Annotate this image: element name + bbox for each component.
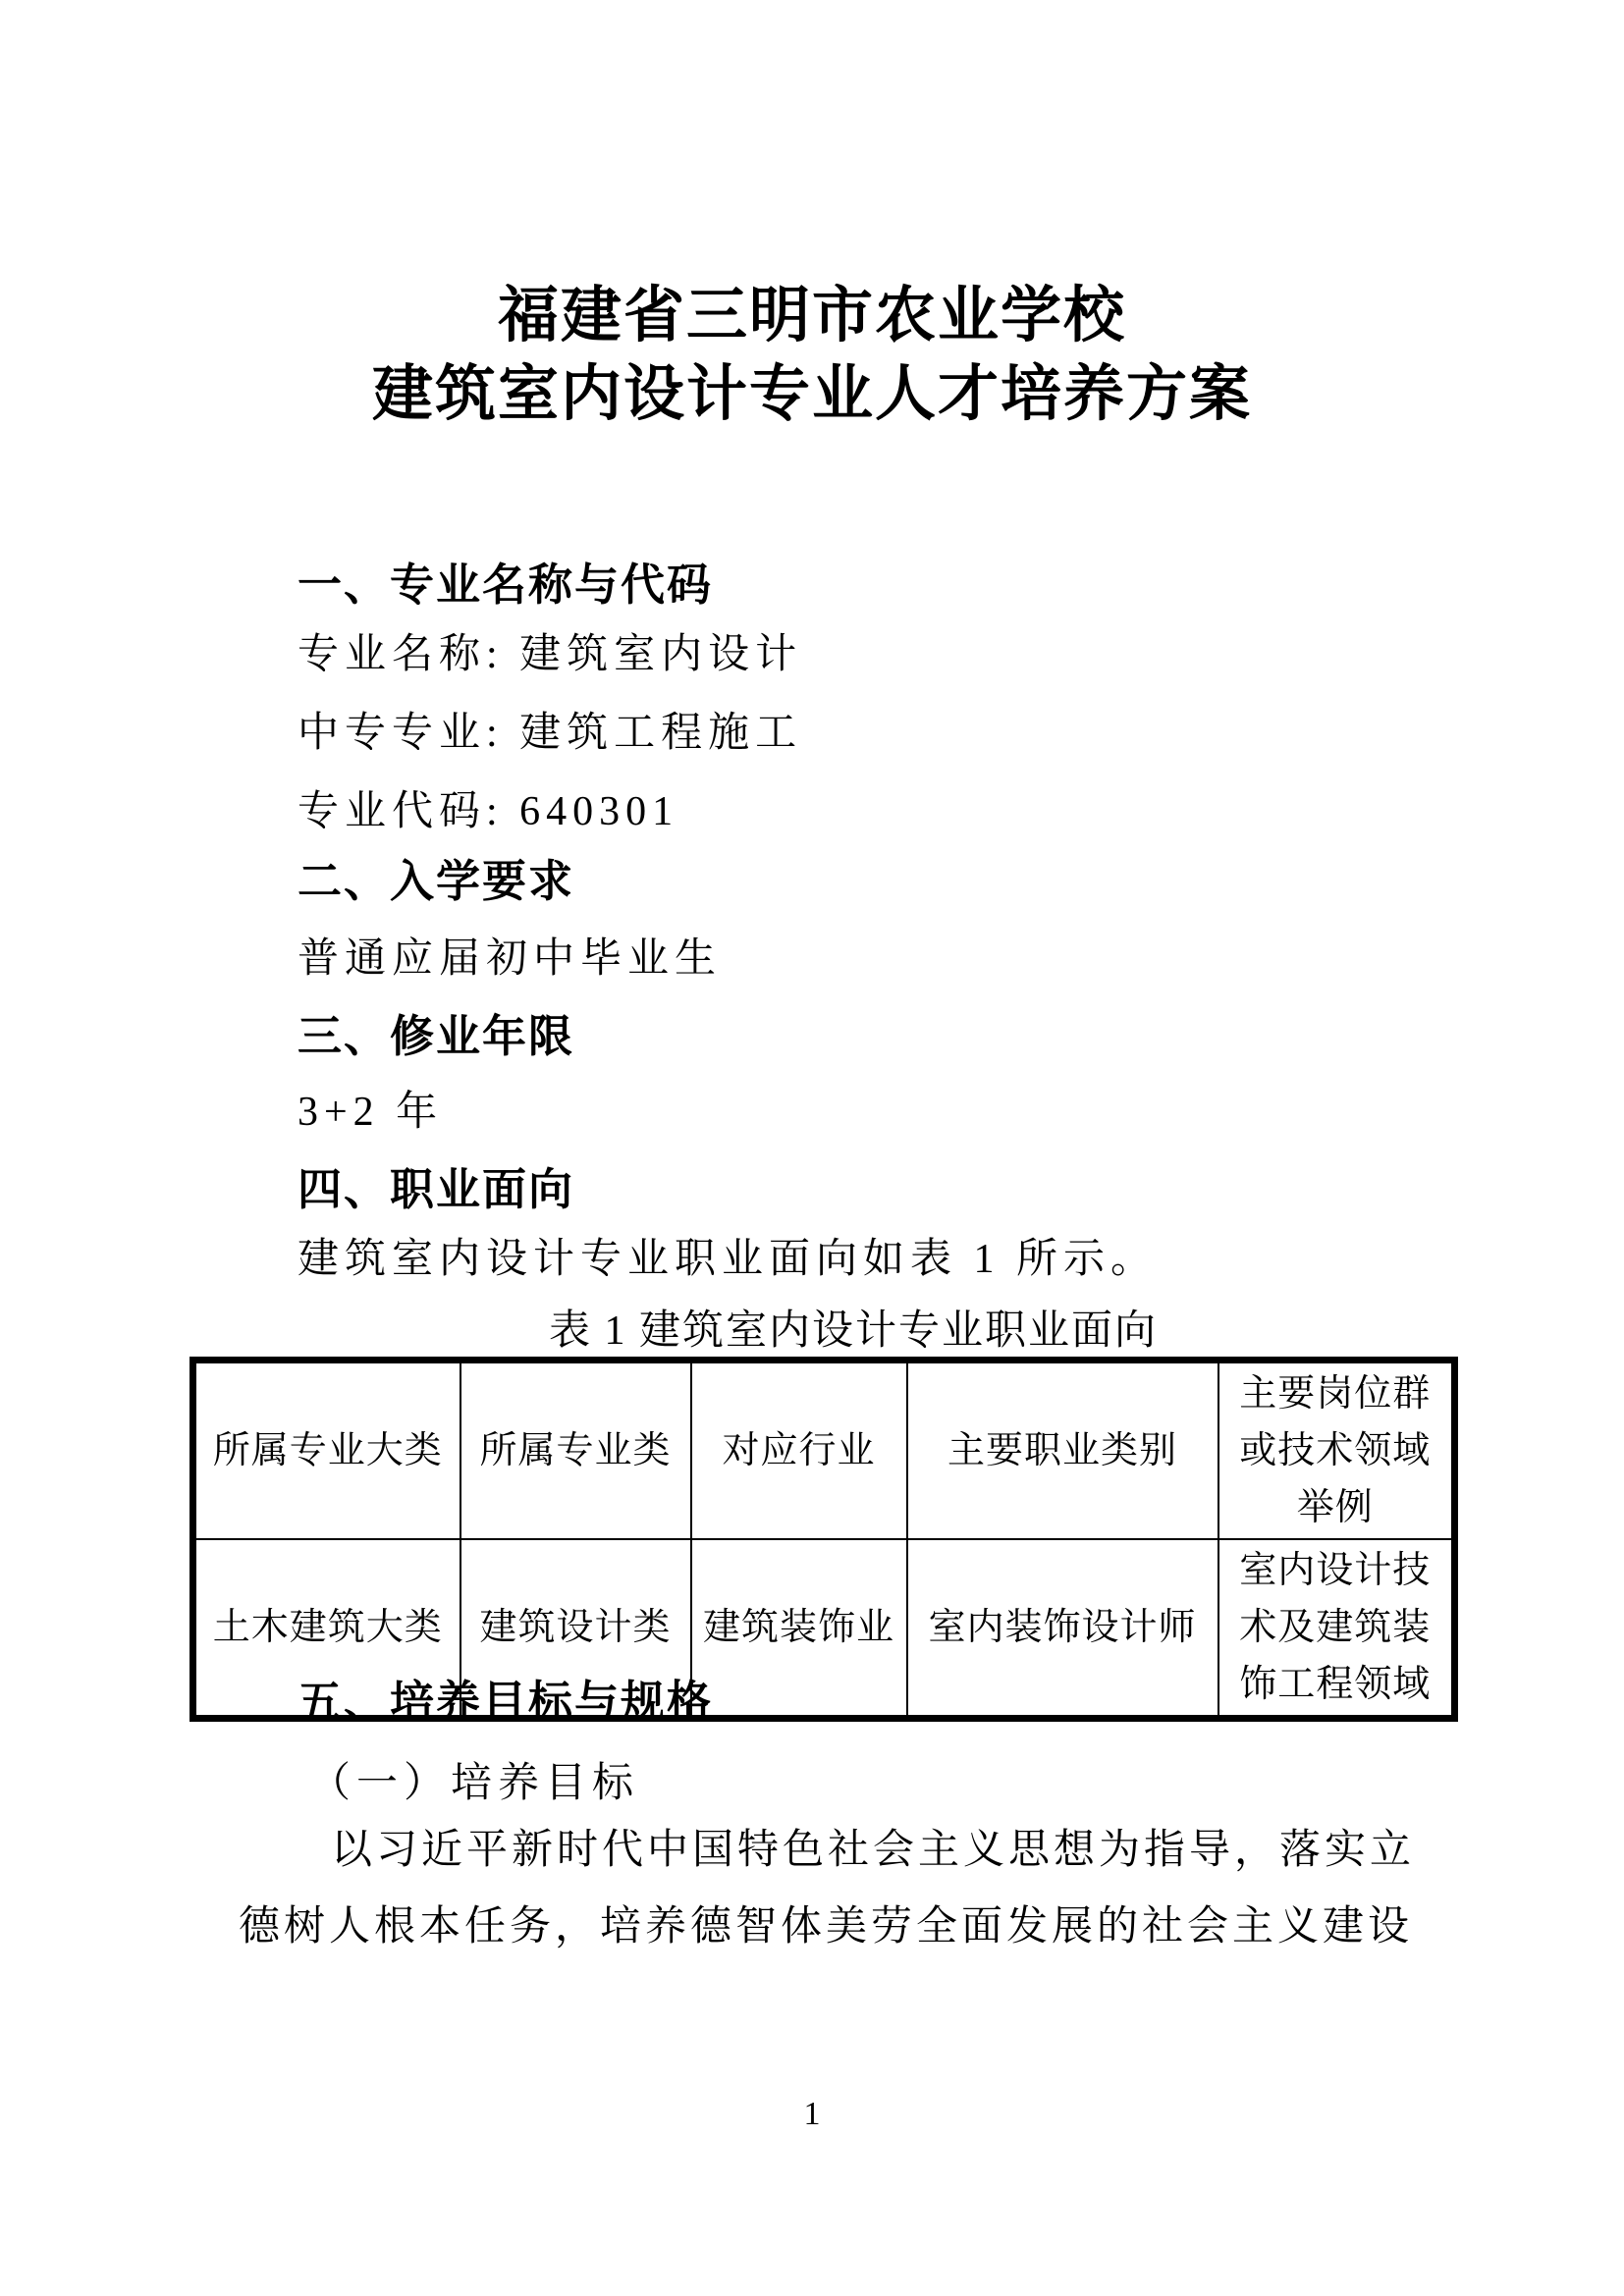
- table-header-cell: 对应行业: [691, 1361, 907, 1540]
- heading-section-1: 一、专业名称与代码: [298, 560, 713, 611]
- line-secondary-major: 中专专业: 建筑工程施工: [298, 709, 802, 758]
- subheading-training-objective: （一）培养目标: [309, 1759, 639, 1808]
- title-line-2: 建筑室内设计专业人才培养方案: [0, 355, 1624, 434]
- heading-section-5: 五、培养目标与规格: [298, 1677, 713, 1728]
- table-cell-industry: 建筑装饰业: [691, 1539, 907, 1719]
- career-orientation-table: 所属专业大类 所属专业类 对应行业 主要职业类别 主要岗位群或技术领域举例 土木…: [189, 1357, 1451, 1722]
- line-enrollment-requirement: 普通应届初中毕业生: [298, 934, 722, 984]
- table-header-cell: 主要岗位群或技术领域举例: [1218, 1361, 1455, 1540]
- table-header-cell: 所属专业类: [460, 1361, 691, 1540]
- paragraph-line-2: 德树人根本任务，培养德智体美劳全面发展的社会主义建设: [239, 1902, 1413, 1951]
- heading-section-2: 二、入学要求: [298, 856, 574, 907]
- heading-section-4: 四、职业面向: [298, 1164, 574, 1215]
- line-study-duration: 3+2 年: [298, 1088, 443, 1137]
- line-major-code: 专业代码: 640301: [298, 787, 678, 836]
- document-page: 福建省三明市农业学校 建筑室内设计专业人才培养方案 一、专业名称与代码 专业名称…: [0, 0, 1624, 2296]
- line-major-name: 专业名称: 建筑室内设计: [298, 630, 802, 679]
- table-caption: 表 1 建筑室内设计专业职业面向: [549, 1308, 1158, 1355]
- table-header-cell: 主要职业类别: [907, 1361, 1218, 1540]
- title-line-1: 福建省三明市农业学校: [0, 277, 1624, 355]
- table-header-row: 所属专业大类 所属专业类 对应行业 主要职业类别 主要岗位群或技术领域举例: [193, 1361, 1455, 1540]
- page-number: 1: [0, 2095, 1624, 2134]
- line-career-orientation-intro: 建筑室内设计专业职业面向如表 1 所示。: [298, 1235, 1158, 1284]
- table-cell-post-group: 室内设计技术及建筑装饰工程领域: [1218, 1539, 1455, 1719]
- paragraph-line-1: 以习近平新时代中国特色社会主义思想为指导，落实立: [331, 1826, 1415, 1875]
- heading-section-3: 三、修业年限: [298, 1011, 574, 1062]
- document-title: 福建省三明市农业学校 建筑室内设计专业人才培养方案: [0, 277, 1624, 434]
- table-header-cell: 所属专业大类: [193, 1361, 460, 1540]
- table-cell-occupation: 室内装饰设计师: [907, 1539, 1218, 1719]
